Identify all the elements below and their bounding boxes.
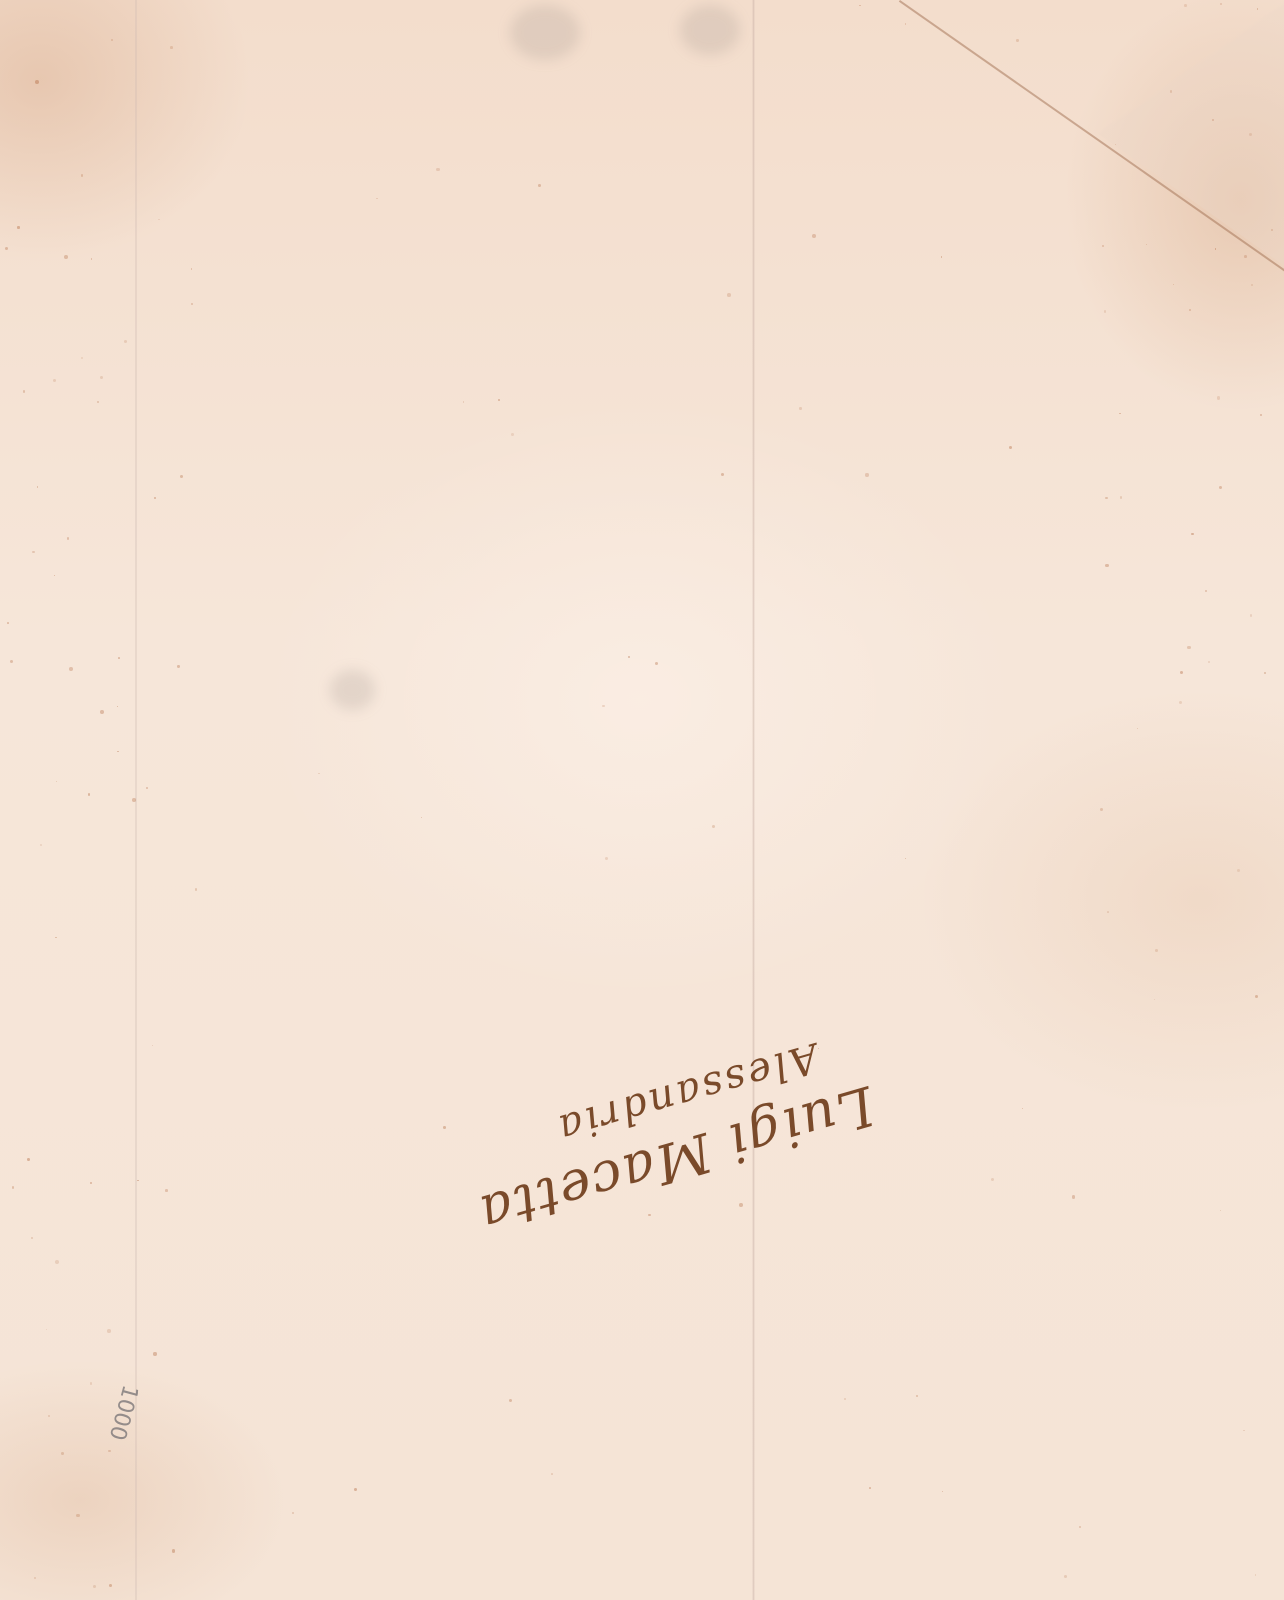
foxing-spot bbox=[32, 551, 35, 554]
foxing-spot bbox=[727, 293, 731, 297]
foxing-spot bbox=[31, 1237, 33, 1239]
stain bbox=[510, 5, 580, 60]
stain bbox=[330, 670, 375, 710]
foxing-spot bbox=[90, 1382, 92, 1384]
foxing-spot bbox=[91, 258, 92, 259]
foxing-spot bbox=[111, 39, 113, 41]
foxing-spot bbox=[844, 1398, 846, 1400]
foxing-spot bbox=[1217, 396, 1221, 400]
foxing-spot bbox=[88, 793, 90, 795]
foxing-spot bbox=[1104, 310, 1107, 313]
foxing-spot bbox=[17, 226, 19, 228]
foxing-spot bbox=[1189, 309, 1191, 311]
foxing-spot bbox=[170, 46, 173, 49]
aged-paper-background bbox=[0, 0, 1284, 1600]
foxing-spot bbox=[108, 1450, 111, 1453]
foxing-spot bbox=[48, 1415, 50, 1417]
foxing-spot bbox=[76, 1514, 79, 1517]
foxing-spot bbox=[511, 433, 514, 436]
foxing-spot bbox=[538, 184, 541, 187]
foxing-spot bbox=[1016, 39, 1018, 41]
foxing-spot bbox=[64, 255, 68, 259]
foxing-spot bbox=[292, 1512, 294, 1514]
foxing-spot bbox=[27, 1158, 30, 1161]
foxing-spot bbox=[1243, 1430, 1245, 1432]
foxing-spot bbox=[905, 858, 906, 859]
stain bbox=[680, 5, 740, 55]
foxing-spot bbox=[55, 937, 56, 938]
foxing-spot bbox=[1105, 497, 1107, 499]
foxing-spot bbox=[436, 168, 439, 171]
foxing-spot bbox=[10, 660, 13, 663]
foxing-spot bbox=[1146, 244, 1147, 245]
foxing-spot bbox=[177, 665, 179, 667]
foxing-spot bbox=[118, 657, 120, 659]
foxing-spot bbox=[117, 751, 118, 752]
vertical-fold-line bbox=[752, 0, 755, 1600]
foxing-spot bbox=[109, 1584, 112, 1587]
foxing-spot bbox=[869, 1487, 871, 1489]
foxing-spot bbox=[1251, 284, 1252, 285]
foxing-spot bbox=[799, 407, 801, 409]
foxing-spot bbox=[67, 537, 70, 540]
foxing-spot bbox=[1187, 646, 1190, 649]
foxing-spot bbox=[69, 667, 73, 671]
foxing-spot bbox=[1105, 564, 1108, 567]
foxing-spot bbox=[153, 1352, 156, 1355]
foxing-spot bbox=[165, 1189, 168, 1192]
foxing-spot bbox=[865, 473, 868, 476]
foxing-spot bbox=[443, 1126, 446, 1129]
foxing-spot bbox=[35, 80, 39, 84]
foxing-spot bbox=[1155, 949, 1158, 952]
foxing-spot bbox=[107, 1329, 111, 1333]
foxing-spot bbox=[551, 1473, 553, 1475]
foxing-spot bbox=[1191, 533, 1194, 536]
foxing-spot bbox=[61, 1452, 64, 1455]
foxing-spot bbox=[53, 379, 56, 382]
foxing-spot bbox=[158, 219, 159, 220]
foxing-spot bbox=[905, 23, 906, 24]
foxing-spot bbox=[1102, 245, 1103, 246]
foxing-spot bbox=[100, 376, 103, 379]
foxing-spot bbox=[132, 798, 136, 802]
foxing-spot bbox=[376, 198, 377, 199]
foxing-spot bbox=[1184, 4, 1187, 7]
foxing-spot bbox=[812, 234, 816, 238]
foxing-spot bbox=[318, 773, 319, 774]
foxing-spot bbox=[152, 1045, 153, 1046]
foxing-spot bbox=[1264, 672, 1266, 674]
foxing-spot bbox=[712, 825, 715, 828]
foxing-spot bbox=[1120, 496, 1122, 498]
foxing-spot bbox=[81, 174, 83, 176]
foxing-spot bbox=[1271, 229, 1273, 231]
foxing-spot bbox=[7, 622, 9, 624]
foxing-spot bbox=[655, 662, 658, 665]
foxing-spot bbox=[1220, 3, 1222, 5]
